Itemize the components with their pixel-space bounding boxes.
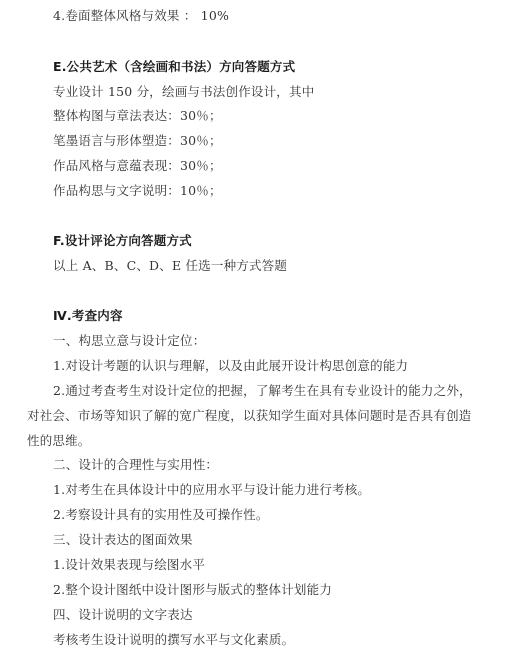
text-line: 专业设计 150 分，绘画与书法创作设计，其中	[53, 84, 314, 100]
text-line: 性的思维。	[27, 433, 91, 449]
text-line: 整体构图与章法表达：30％；	[53, 108, 222, 124]
text-line: 1.设计效果表现与绘图水平	[53, 557, 205, 573]
section-heading: Ⅳ.考查内容	[53, 308, 123, 324]
text-line: 一、构思立意与设计定位：	[53, 333, 205, 349]
text-line: 考核考生设计说明的撰写水平与文化素质。	[53, 632, 294, 648]
text-line: 2.通过考查考生对设计定位的把握，了解考生在具有专业设计的能力之外，	[53, 383, 472, 399]
text-line: 4.卷面整体风格与效果 ： 10%	[53, 8, 229, 24]
text-line: 笔墨语言与形体塑造：30％；	[53, 133, 222, 149]
text-line: 2.考察设计具有的实用性及可操作性。	[53, 507, 269, 523]
text-line: 作品风格与意蕴表现：30％；	[53, 158, 222, 174]
text-line: 三、设计表达的图面效果	[53, 532, 193, 548]
section-heading: E.公共艺术（含绘画和书法）方向答题方式	[53, 59, 295, 75]
text-line: 1.对设计考题的认识与理解，以及由此展开设计构思创意的能力	[53, 358, 408, 374]
text-line: 2.整个设计图纸中设计图形与版式的整体计划能力	[53, 582, 332, 598]
text-line: 二、设计的合理性与实用性：	[53, 457, 218, 473]
text-line: 四、设计说明的文字表达	[53, 607, 193, 623]
text-line: 1.对考生在具体设计中的应用水平与设计能力进行考核。	[53, 482, 370, 498]
section-heading: F.设计评论方向答题方式	[53, 233, 192, 249]
text-line: 以上 A、B、C、D、E 任选一种方式答题	[53, 258, 287, 274]
text-line: 作品构思与文字说明：10％；	[53, 183, 222, 199]
text-line: 对社会、市场等知识了解的宽广程度，以获知学生面对具体问题时是否具有创造	[27, 408, 472, 424]
